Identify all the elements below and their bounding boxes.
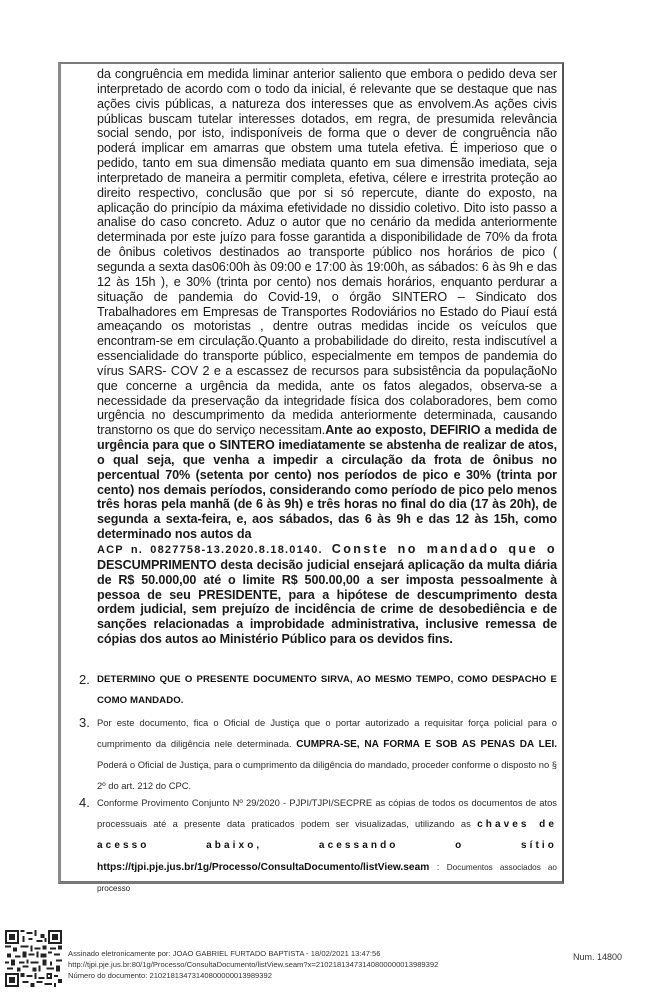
consulta-link[interactable]: https://tjpi.pje.jus.br/1g/Processo/Cons… bbox=[97, 862, 429, 873]
item-text: DETERMINO QUE O PRESENTE DOCUMENTO SIRVA… bbox=[97, 670, 557, 711]
document-number: Número do documento: 2102181347314080000… bbox=[68, 970, 438, 981]
item-bold-text: CUMPRA-SE, NA FORMA E SOB AS PENAS DA LE… bbox=[296, 739, 557, 750]
signature-info: Assinado eletronicamente por: JOAO GABRI… bbox=[68, 948, 438, 982]
item-text-continued: Poderá o Oficial de Justiça, para o cump… bbox=[97, 759, 557, 791]
decision-paragraph: da congruência em medida liminar anterio… bbox=[97, 67, 557, 647]
document-num-label: Num. 14800 bbox=[573, 952, 622, 962]
list-item-2: 2. DETERMINO QUE O PRESENTE DOCUMENTO SI… bbox=[79, 670, 557, 711]
case-number: ACP n. 0827758-13.2020.8.18.0140. bbox=[97, 544, 323, 556]
list-item-3: 3. Por este documento, fica o Oficial de… bbox=[79, 713, 557, 796]
penalty-text: DESCUMPRIMENTO desta decisão judicial en… bbox=[97, 558, 557, 646]
item-separator: : bbox=[429, 861, 446, 872]
item-number: 2. bbox=[79, 670, 90, 691]
document-frame: da congruência em medida liminar anterio… bbox=[58, 62, 564, 884]
paragraph-body: da congruência em medida liminar anterio… bbox=[97, 67, 557, 437]
signed-by: Assinado eletronicamente por: JOAO GABRI… bbox=[68, 948, 438, 959]
qr-code-icon bbox=[5, 930, 62, 987]
item-number: 4. bbox=[79, 793, 90, 814]
paragraph-ruling: Ante ao exposto, DEFIRIO a medida de urg… bbox=[97, 423, 557, 541]
document-url[interactable]: http://tjpi.pje.jus.br:80/1g/Processo/Co… bbox=[68, 959, 438, 970]
list-item-4: 4. Conforme Provimento Conjunto Nº 29/20… bbox=[79, 793, 557, 900]
item-number: 3. bbox=[79, 713, 90, 734]
signature-footer: Assinado eletronicamente por: JOAO GABRI… bbox=[0, 928, 660, 990]
conste-text: Conste no mandado que o bbox=[323, 542, 557, 556]
